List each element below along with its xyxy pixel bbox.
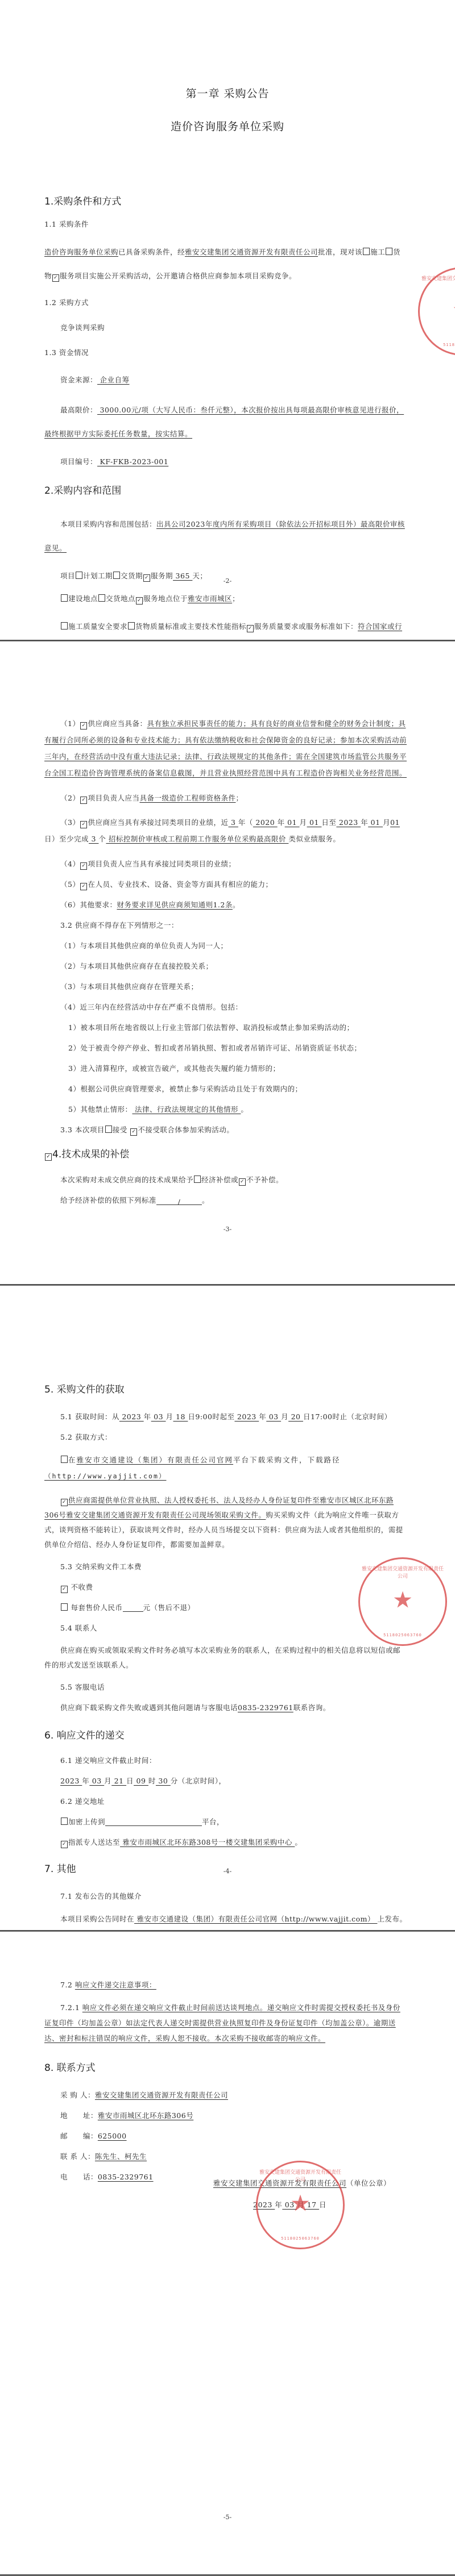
- checkbox-free-checked[interactable]: ✓: [61, 1586, 68, 1593]
- text: 。: [233, 901, 240, 909]
- text: 个: [98, 835, 106, 843]
- sub-exclusion-3: 3）进入清算程序，或被宣告破产，或其他丧失履约能力情形的；: [44, 1063, 407, 1074]
- text: 日9:00时起至: [188, 1412, 234, 1421]
- page-1: 第一章 采购公告 造价咨询服务单位采购 1.采购条件和方式 1.1 采购条件 造…: [0, 0, 455, 640]
- checkbox-req4-checked[interactable]: ✓: [80, 862, 87, 870]
- project-code-value: KF-FKB-2023-001: [97, 457, 168, 466]
- page-4: 7.2 响应文件递交注意事项： 7.2.1 响应文件必须在递交响应文件截止时间前…: [0, 1932, 455, 2574]
- page-2: （1）✓供应商应当具备：具有独立承担民事责任的能力；具有良好的商业信誉和健全的财…: [0, 641, 455, 1284]
- text: 施工质量安全要求: [68, 622, 127, 631]
- compensation-standard-value: /: [156, 1197, 202, 1205]
- text: 在: [68, 1456, 77, 1464]
- company-seal: 雅安交建集团交通资源开发有限责任公司 ★ 5118025063760: [358, 1557, 447, 1646]
- section-8-heading: 8. 联系方式: [44, 2060, 407, 2074]
- purchaser-value: 雅安交建集团交通资源开发有限责任公司: [95, 2091, 228, 2099]
- exclusion-2: （2）与本项目其他供应商存在直接控股关系；: [44, 961, 407, 972]
- project-type: 招标控制价审核或工程前期工作服务单位采购最高限价: [106, 835, 288, 843]
- text: 月: [383, 818, 390, 827]
- platform-blank: [105, 1818, 202, 1826]
- end-year: 2023: [336, 818, 361, 827]
- text: 平台，: [202, 1818, 224, 1826]
- checkbox-onsite-pickup-checked[interactable]: ✓: [61, 1499, 68, 1506]
- text: 7.2.1: [60, 2003, 82, 2012]
- service-location-value: 雅安市雨城区: [188, 594, 232, 603]
- s1-2-title: 1.2 采购方式: [44, 297, 407, 309]
- text: 服务质量要求或服务标准如下：: [254, 622, 358, 631]
- contact-purchaser: 采 购 人：雅安交建集团交通资源开发有限责任公司: [44, 2090, 407, 2101]
- text: 不接受联合体参加采购活动。: [138, 1126, 234, 1134]
- text: ；: [232, 594, 239, 603]
- text: （4）: [60, 860, 80, 868]
- text: 5）其他禁止情形：: [68, 1105, 132, 1114]
- media-title: 7.1 发布公告的其他媒介: [44, 1891, 407, 1902]
- project-name: 造价咨询服务单位采购: [44, 248, 118, 256]
- deadline-year: 2023: [60, 1777, 82, 1785]
- text: 施工: [370, 248, 385, 256]
- text: 建设地点: [68, 594, 98, 603]
- checkbox-construction-site[interactable]: [61, 594, 68, 602]
- label: 资金来源：: [60, 376, 97, 384]
- label: 电 话：: [60, 2173, 98, 2181]
- requirement-1-value: 具有独立承担民事责任的能力；具有良好的商业信誉和健全的财务会计制度；具有履行合同…: [44, 719, 407, 777]
- seal-text: 雅安交建集团交通资源开发有限责任公司: [420, 274, 455, 289]
- checkbox-accept-consortium[interactable]: [105, 1126, 112, 1133]
- sub-exclusion-5: 5）其他禁止情形： 法律、行政法规规定的其他情形 。: [44, 1104, 407, 1115]
- checkbox-delivery-site[interactable]: [98, 594, 105, 602]
- deadline-minute: 30: [156, 1777, 171, 1785]
- fund-source: 资金来源： 企业自筹: [44, 374, 407, 386]
- checkbox-economic-compensation[interactable]: [194, 1176, 201, 1183]
- text: 月: [300, 818, 307, 827]
- label: 邮 编：: [60, 2132, 98, 2140]
- start-month: 03: [151, 1412, 166, 1421]
- text: 给予经济补偿的依照下列标准: [60, 1196, 156, 1204]
- postcode-value: 625000: [98, 2132, 127, 2140]
- deadline-month: 03: [89, 1777, 104, 1785]
- checkbox-section-4-checked[interactable]: ✓: [45, 1153, 52, 1161]
- contact-person: 联 系 人：陈先生、柯先生: [44, 2151, 407, 2162]
- text: 日17:00时止（北京时间）: [303, 1412, 392, 1421]
- start-month: 01: [285, 818, 300, 827]
- text: （3）: [60, 818, 80, 827]
- download-url-link[interactable]: （http://www.yajjit.com）: [44, 1472, 166, 1480]
- checkbox-goods-quality[interactable]: [128, 622, 135, 630]
- exclusion-4: （4）近三年内在经营活动中存在严重不良情形。包括：: [44, 1002, 407, 1013]
- sub-exclusion-5-value: 法律、行政法规规定的其他情形: [132, 1105, 241, 1114]
- text: 月: [166, 1412, 173, 1421]
- checkbox-download-online[interactable]: [61, 1456, 68, 1463]
- fee-title: 5.3 交纳采购文件工本费: [44, 1561, 407, 1573]
- service-location: 建设地点交货地点✓服务地点位于雅安市雨城区；: [44, 593, 407, 605]
- requirement-2: （2）✓项目负责人应当具备一级造价工程师资格条件；: [44, 793, 407, 804]
- label: 联 系 人：: [60, 2152, 95, 2161]
- deadline-day: 21: [111, 1777, 126, 1785]
- deadline-value: 2023 年 03 月 21 日 09 时 30 分（北京时间），: [44, 1775, 407, 1787]
- exclusion-1: （1）与本项目其他供应商的单位负责人为同一人；: [44, 940, 407, 952]
- text: 月: [104, 1777, 111, 1785]
- hotline-title: 5.5 客服电话: [44, 1682, 407, 1693]
- price-blank: [123, 1603, 143, 1612]
- checkbox-reject-consortium-checked[interactable]: ✓: [130, 1128, 137, 1136]
- text: 本项目采购公告同时在: [60, 1915, 134, 1923]
- text: 交货地点: [106, 594, 135, 603]
- notice-title: 7.2 响应文件递交注意事项：: [44, 1979, 407, 1991]
- media-text: 本项目采购公告同时在 雅安市交通建设（集团）有限责任公司官网（http://ww…: [44, 1911, 407, 1927]
- text: 3.3 本次项目: [60, 1126, 105, 1134]
- text: 类似业绩服务。: [288, 835, 340, 843]
- text: 供应商下载采购文件失败或遇到其他问题请与客服电话: [60, 1703, 238, 1712]
- text: 。: [241, 1105, 248, 1114]
- label: 地 址：: [60, 2111, 98, 2120]
- text: 指派专人送达至: [68, 1838, 120, 1846]
- checkbox-service-site-checked[interactable]: ✓: [136, 597, 143, 605]
- fund-source-value: 企业自筹: [97, 376, 129, 384]
- requirement-3: （3）✓供应商应当具有承接过同类项目的业绩，近 3 年（ 2020 年 01 月…: [44, 814, 407, 847]
- checkbox-encrypted-upload[interactable]: [61, 1818, 68, 1825]
- text: 经济补偿或: [201, 1176, 238, 1184]
- seal-number: 5118025063760: [360, 1633, 445, 1637]
- label: 采 购 人：: [60, 2091, 95, 2099]
- end-month: 03: [266, 1412, 281, 1421]
- contact-address: 地 址：雅安市雨城区北环东路306号: [44, 2110, 407, 2121]
- acquisition-time: 5.1 获取时间：从 2023 年 03 月 18 日9:00时起至 2023 …: [44, 1411, 407, 1423]
- project-code: 项目编号： KF-FKB-2023-001: [44, 456, 407, 468]
- seal-number: 5118025063760: [258, 2236, 343, 2241]
- text: 时: [148, 1777, 156, 1785]
- checkbox-construction[interactable]: [363, 248, 370, 255]
- text: 4.技术成果的补偿: [52, 1149, 129, 1160]
- text: 不收费: [71, 1583, 93, 1591]
- label: 最高限价：: [60, 406, 97, 414]
- text: 5.1 获取时间：从: [60, 1412, 119, 1421]
- text: 服务项目实施公开采购活动，公开邀请合格供应商参加本项目采购竞争。: [60, 272, 296, 280]
- s1-1-title: 1.1 采购条件: [44, 219, 407, 230]
- text: （5）: [60, 880, 80, 889]
- text: 项目负责人应当: [88, 794, 139, 802]
- sub-exclusion-1: 1）被本项目所在地省级以上行业主管部门依法暂停、取消投标或禁止参加采购活动的；: [44, 1022, 407, 1033]
- text: 分（北京时间），: [171, 1777, 226, 1785]
- procurement-method: 竞争谈判采购: [44, 322, 407, 334]
- deadline-title: 6.1 递交响应文件截止时间：: [44, 1755, 407, 1766]
- text: 服务地点位于: [143, 594, 188, 603]
- star-icon: ★: [452, 297, 455, 323]
- media-value: 雅安市交通建设（集团）有限责任公司官网（http://www.vajjit.co…: [134, 1915, 377, 1923]
- text: 7.2: [60, 1981, 75, 1989]
- text: 批准，现对该: [318, 248, 362, 256]
- approving-company: 雅安交建集团交通资源开发有限责任公司: [185, 248, 318, 256]
- acquisition-method-online: 在雅安市交通建设（集团）有限责任公司官网平台下载采购文件，下载路径（http:/…: [44, 1452, 407, 1484]
- notice-7-2-1: 7.2.1 响应文件必须在递交响应文件截止时间前送达谈判地点。递交响应文件时需提…: [44, 2000, 407, 2046]
- exclusion-3: （3）与本项目其他供应商存在管理关系；: [44, 981, 407, 993]
- requirement-2-value: 具备一级造价工程师资格条件: [139, 794, 235, 802]
- sub-exclusion-4: 4）根据公司供应商管理要求，被禁止参与采购活动且处于有效期内的；: [44, 1083, 407, 1095]
- text: 日）至少完成: [44, 835, 89, 843]
- star-icon: ★: [392, 1587, 413, 1614]
- start-year: 2020: [253, 818, 278, 827]
- text: 日至: [321, 818, 336, 827]
- acquisition-method-title: 5.2 获取方式：: [44, 1432, 407, 1443]
- compensation: 本次采购对未成交供应商的技术成果给予经济补偿或✓不予补偿。: [44, 1174, 407, 1186]
- official-site-name: 雅安市交通建设（集团）有限责任公司官网: [77, 1456, 234, 1464]
- requirement-5: （5）✓在人员、专业技术、设备、资金等方面具有相应的能力；: [44, 879, 407, 890]
- section-5-heading: 5. 采购文件的获取: [44, 1381, 407, 1395]
- address-option-upload: 加密上传到平台，: [44, 1816, 407, 1828]
- requirement-1: （1）✓供应商应当具备：具有独立承担民事责任的能力；具有良好的商业信誉和健全的财…: [44, 715, 407, 781]
- s1-3-title: 1.3 资金情况: [44, 347, 407, 359]
- delivery-address: 雅安市雨城区北环东路308号一楼交建集团采购中心: [120, 1838, 295, 1846]
- text: 年: [82, 1777, 89, 1785]
- requirement-4: （4）✓项目负责人应当具有承接过同类项目的业绩；: [44, 858, 407, 870]
- text: 已具备采购条件，经: [118, 248, 185, 256]
- text: （1）: [60, 719, 80, 728]
- text: 项目负责人应当具有承接过同类项目的业绩；: [88, 860, 235, 868]
- seal-text: 雅安交建集团交通资源开发有限责任公司: [360, 1565, 445, 1579]
- requirement-6: （6）其他要求：财务要求详见供应商须知通则1.2条。: [44, 899, 407, 911]
- checkbox-req1-checked[interactable]: ✓: [80, 722, 87, 730]
- procurement-scope: 本项目采购内容和范围包括：出具公司2023年度内所有采购项目（除依法公开招标项目…: [44, 512, 407, 560]
- end-year: 2023: [234, 1412, 259, 1421]
- text: 年: [259, 1412, 266, 1421]
- contact-postcode: 邮 编：625000: [44, 2131, 407, 2142]
- page-number: -5-: [0, 2514, 455, 2521]
- text: 平台下载采购文件，下载路径: [233, 1456, 341, 1464]
- text: 加密上传到: [68, 1818, 105, 1826]
- checkbox-req2-checked[interactable]: ✓: [80, 797, 87, 804]
- page-number: -3-: [0, 1226, 455, 1233]
- address-title: 6.2 递交地址: [44, 1796, 407, 1807]
- text: 在人员、专业技术、设备、资金等方面具有相应的能力；: [88, 880, 272, 889]
- contact-title: 5.4 联系人: [44, 1623, 407, 1634]
- text: 。: [202, 1196, 209, 1204]
- seal-number: 5118025063760: [420, 343, 455, 347]
- star-icon: ★: [290, 2191, 311, 2217]
- start-day: 01: [307, 818, 322, 827]
- checkbox-req3-checked[interactable]: ✓: [80, 821, 87, 828]
- text: 月: [281, 1412, 288, 1421]
- start-year: 2023: [119, 1412, 144, 1421]
- end-day: 20: [288, 1412, 303, 1421]
- text: 年（: [238, 818, 253, 827]
- sub-exclusion-2: 2）处于被责令停产停业、暂扣或者吊销执照、暂扣或者吊销许可证、吊销资质证书状态；: [44, 1043, 407, 1054]
- text: 供应商应当具备：: [88, 719, 147, 728]
- quality-requirement: 施工质量安全要求货物质量标准或主要技术性能指标✓服务质量要求或服务标准如下：符合…: [44, 615, 407, 640]
- text: 年: [361, 818, 368, 827]
- checkbox-req5-checked[interactable]: ✓: [80, 883, 87, 890]
- address-option-delivery: ✓指派专人送达至 雅安市雨城区北环东路308号一楼交建集团采购中心 。: [44, 1837, 407, 1848]
- label: 本项目采购内容和范围包括：: [60, 520, 156, 528]
- contact-person-value: 陈先生、柯先生: [95, 2152, 147, 2161]
- start-day: 18: [173, 1412, 188, 1421]
- section-1-heading: 1.采购条件和方式: [44, 193, 407, 207]
- project-count: 3: [89, 835, 98, 843]
- section-4-heading: ✓4.技术成果的补偿: [44, 1146, 407, 1161]
- text: ；: [235, 794, 243, 802]
- text: 供应商应当具有承接过同类项目的业绩，近: [88, 818, 228, 827]
- requirement-6-value: 财务要求详见供应商须知通则1.2条: [117, 901, 232, 909]
- acquisition-method-onsite: ✓供应商需提供单位营业执照、法人授权委托书、法人及经办人身份证复印件至雅安市区城…: [44, 1493, 407, 1552]
- end-day: 01: [390, 818, 400, 827]
- text: 货物质量标准或主要技术性能指标: [135, 622, 246, 631]
- text: 本次采购对未成交供应商的技术成果给予: [60, 1176, 193, 1184]
- checkbox-service-checked[interactable]: ✓: [52, 274, 59, 282]
- page-number: -4-: [0, 1868, 455, 1875]
- phone-value: 0835-2329761: [98, 2173, 154, 2181]
- checkbox-goods[interactable]: [386, 248, 392, 255]
- notice-7-2-1-value: 响应文件必须在递交响应文件截止时间前送达谈判地点。递交响应文件时需提交授权委托书…: [44, 2003, 400, 2043]
- seal-text: 雅安交建集团交通资源开发有限责任公司: [258, 2168, 343, 2183]
- years-value: 3: [228, 818, 238, 827]
- max-price: 最高限价： 3000.00元/项（大写人民币：叁仟元整），本次报价按出具每项最高…: [44, 398, 407, 446]
- document-title: 造价咨询服务单位采购: [0, 118, 455, 134]
- fee-option-paid: 每套售价人民币元（售后不退）: [44, 1602, 407, 1614]
- text: 每套售价人民币: [71, 1603, 122, 1612]
- chapter-title: 第一章 采购公告: [0, 85, 455, 101]
- checkbox-paid[interactable]: [61, 1603, 68, 1611]
- label: 项目编号：: [60, 457, 97, 466]
- notice-title-value: 响应文件递交注意事项：: [75, 1981, 156, 1989]
- max-price-value: 3000.00元/项（大写人民币：叁仟元整），本次报价按出具每项最高限价审核意见…: [44, 406, 404, 438]
- text: （单位公章）: [346, 2179, 391, 2187]
- text: 联系咨询。: [293, 1703, 330, 1712]
- fee-option-free: ✓ 不收费: [44, 1582, 407, 1593]
- checkbox-construction-quality[interactable]: [61, 622, 68, 630]
- procurement-condition: 造价咨询服务单位采购已具备采购条件，经雅安交建集团交通资源开发有限责任公司批准，…: [44, 240, 407, 288]
- text: 年: [144, 1412, 151, 1421]
- compensation-standard: 给予经济补偿的依照下列标准/。: [44, 1195, 407, 1206]
- hotline-number: 0835-2329761: [238, 1703, 293, 1712]
- s3-2-title: 3.2 供应商不得存在下列情形之一：: [44, 920, 407, 931]
- checkbox-delivery-checked[interactable]: ✓: [61, 1841, 68, 1848]
- section-2-heading: 2.采购内容和范围: [44, 482, 407, 497]
- text: （6）其他要求：: [60, 901, 117, 909]
- text: 日: [126, 1777, 134, 1785]
- end-month: 01: [368, 818, 383, 827]
- page-number: -2-: [0, 577, 455, 585]
- text: 年: [278, 818, 285, 827]
- company-seal: 雅安交建集团交通资源开发有限责任公司 ★ 5118025063760: [418, 267, 455, 356]
- section-6-heading: 6. 响应文件的递交: [44, 1727, 407, 1741]
- checkbox-no-compensation-checked[interactable]: ✓: [239, 1178, 246, 1186]
- text: 。: [295, 1838, 302, 1846]
- text: 不予补偿。: [246, 1176, 283, 1184]
- address-value: 雅安市雨城区北环东路306号: [98, 2111, 193, 2120]
- checkbox-service-quality-checked[interactable]: ✓: [247, 625, 254, 632]
- text: （2）: [60, 794, 80, 802]
- deadline-hour: 09: [134, 1777, 148, 1785]
- contact-text: 供应商在购买或领取采购文件时务必填写本次采购业务的联系人，在采购过程中的相关信息…: [44, 1643, 407, 1673]
- s3-3-consortium: 3.3 本次项目接受 ✓不接受联合体参加采购活动。: [44, 1124, 407, 1136]
- company-seal: 雅安交建集团交通资源开发有限责任公司 ★ 5118025063760: [256, 2161, 345, 2249]
- text: 接受: [113, 1126, 130, 1134]
- text: 上发布。: [377, 1915, 407, 1923]
- page-3: 5. 采购文件的获取 5.1 获取时间：从 2023 年 03 月 18 日9:…: [0, 1286, 455, 1930]
- text: 元（售后不退）: [143, 1603, 195, 1612]
- hotline-text: 供应商下载采购文件失败或遇到其他问题请与客服电话0835-2329761联系咨询…: [44, 1702, 407, 1714]
